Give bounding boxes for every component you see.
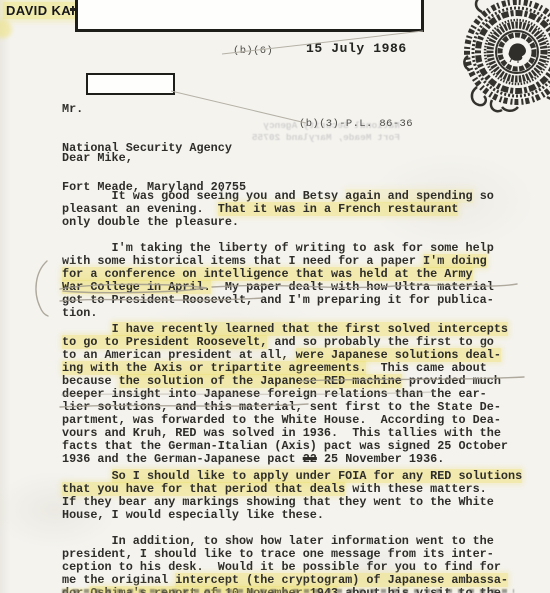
letter-text: to an American president at all, bbox=[62, 348, 296, 362]
highlighted-text: 22 bbox=[303, 452, 317, 466]
letter-text: In addition, to show how later informati… bbox=[62, 534, 494, 548]
letter-line: tion. bbox=[62, 307, 494, 320]
letter-line: got to President Roosevelt, and I'm prep… bbox=[62, 294, 494, 307]
highlighted-text: I have recently learned that the first s… bbox=[112, 322, 508, 336]
letter-text: so bbox=[473, 189, 494, 203]
letter-paragraph: In addition, to show how later informati… bbox=[62, 535, 508, 593]
cutoff-text-line bbox=[62, 589, 514, 593]
letter-text: 1936 and the German-Japanese pact bbox=[62, 452, 303, 466]
redaction-box-recipient-name bbox=[86, 73, 175, 95]
letter-text: facts that the German-Italian (Axis) pac… bbox=[62, 439, 508, 453]
letter-text: president, I should like to trace one me… bbox=[62, 547, 494, 561]
recipient-org: National Security Agency bbox=[62, 142, 246, 155]
highlighted-text: were Japanese solutions deal- bbox=[296, 348, 501, 362]
letter-text bbox=[62, 322, 112, 336]
letter-text: and so probably the first to go bbox=[267, 335, 494, 349]
highlighted-text: for a conference on intelligence that wa… bbox=[62, 267, 473, 281]
letter-line: 1936 and the German-Japanese pact 22 25 … bbox=[62, 453, 508, 466]
letter-paragraph: I have recently learned that the first s… bbox=[62, 323, 508, 466]
letter-text: 25 November 1936. bbox=[317, 452, 444, 466]
highlighted-text: intercept (the cryptogram) of Japanese a… bbox=[175, 573, 508, 587]
highlighter-smudge bbox=[0, 17, 14, 41]
highlighted-text: That it was in a French restaurant bbox=[218, 202, 459, 216]
redaction-label-b6: (b)(6) bbox=[233, 45, 273, 57]
highlighted-text: So I should like to apply under FOIA for… bbox=[112, 469, 523, 483]
letter-text: vours and Kruh, RED was solved in 1936. … bbox=[62, 426, 501, 440]
letter-text: because bbox=[62, 374, 119, 388]
letter-text: with these matters. bbox=[345, 482, 487, 496]
letter-date: 15 July 1986 bbox=[306, 41, 407, 56]
letter-paragraph: I'm taking the liberty of writing to ask… bbox=[62, 242, 494, 320]
recipient-address: Mr. National Security Agency Fort Meade,… bbox=[62, 77, 246, 220]
recipient-prefix: Mr. bbox=[62, 103, 246, 116]
recipient-city: Fort Meade, Maryland 20755 bbox=[62, 181, 246, 194]
letter-text: me the original bbox=[62, 573, 175, 587]
letter-text: This came about bbox=[366, 361, 486, 375]
letter-text bbox=[62, 469, 112, 483]
letter-text: lier solutions, and this material, sent … bbox=[62, 400, 501, 414]
letter-text: House, I would especially like these. bbox=[62, 508, 324, 522]
letter-text: tion. bbox=[62, 306, 97, 320]
scanned-letter-page: National Security AgencyFort Meade, Mary… bbox=[0, 0, 550, 593]
letter-text: got to President Roosevelt, and I'm prep… bbox=[62, 293, 494, 307]
letter-text: If they bear any markings showing that t… bbox=[62, 495, 494, 509]
redaction-box-letterhead-address bbox=[75, 0, 424, 32]
letter-text: partment, was forwarded to the White Hou… bbox=[62, 413, 501, 427]
letter-text: I'm taking the liberty of writing to ask… bbox=[62, 241, 494, 255]
letter-text: deeper insight into Japanese foreign rel… bbox=[62, 387, 487, 401]
highlighted-text: ing with the Axis or tripartite agreemen… bbox=[62, 361, 366, 375]
highlighted-text: War College in April. bbox=[62, 280, 211, 294]
letter-text: provided much bbox=[402, 374, 501, 388]
letter-text: with some historical items that I need f… bbox=[62, 254, 423, 268]
ornate-seal-icon bbox=[452, 0, 550, 122]
highlighted-text: to go to President Roosevelt, bbox=[62, 335, 267, 349]
highlighted-text: I'm doing bbox=[423, 254, 487, 268]
letter-line: House, I would especially like these. bbox=[62, 509, 522, 522]
highlighted-text: that you have for that period that deals bbox=[62, 482, 345, 496]
letter-text: My paper dealt with how Ultra material bbox=[211, 280, 494, 294]
highlighted-text: again and spending bbox=[345, 189, 472, 203]
letter-paragraph: So I should like to apply under FOIA for… bbox=[62, 470, 522, 522]
highlighted-text: the solution of the Japanese RED machine bbox=[119, 374, 402, 388]
letter-text: ception to his desk. Would it be possibl… bbox=[62, 560, 501, 574]
